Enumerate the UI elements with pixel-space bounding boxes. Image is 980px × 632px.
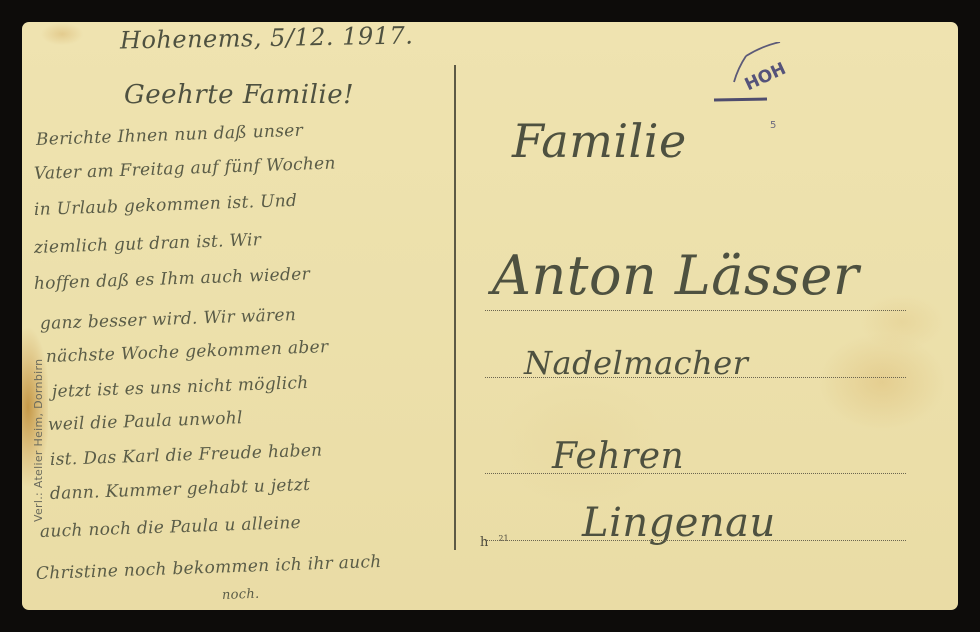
message-line: ganz besser wird. Wir wären xyxy=(40,305,297,334)
publisher-imprint: Verl.: Atelier Heim, Dornbirn xyxy=(32,359,45,522)
address-line-locality: Fehren xyxy=(552,436,684,477)
message-line: nächste Woche gekommen aber xyxy=(46,337,329,367)
message-line: ist. Das Karl die Freude haben xyxy=(50,440,323,469)
address-dotted-line xyxy=(485,310,906,311)
message-line: Christine noch bekommen ich ihr auch xyxy=(36,552,382,584)
salutation: Geehrte Familie! xyxy=(124,80,354,110)
message-line: in Urlaub gekommen ist. Und xyxy=(34,191,298,220)
divider-line xyxy=(454,65,456,550)
print-code-number: 21 xyxy=(498,534,508,543)
address-dotted-line xyxy=(485,540,906,541)
message-line: dann. Kummer gehabt u jetzt xyxy=(50,475,311,504)
message-line: jetzt ist es uns nicht möglich xyxy=(52,373,309,402)
postcard: Hohenems, 5/12. 1917. Geehrte Familie! B… xyxy=(22,22,958,610)
address-dotted-line xyxy=(485,377,906,378)
message-line: Berichte Ihnen nun daß unser xyxy=(36,121,304,150)
postmark-mark: 5 xyxy=(770,120,776,131)
message-line: hoffen daß es Ihm auch wieder xyxy=(34,264,311,294)
message-line: auch noch die Paula u alleine xyxy=(40,513,302,542)
address-dotted-line xyxy=(485,473,906,474)
print-code-letter: h xyxy=(480,535,488,550)
place-date: Hohenems, 5/12. 1917. xyxy=(120,22,414,55)
print-code: h21 xyxy=(480,534,509,550)
svg-text:HOH: HOH xyxy=(742,59,787,95)
address-line-name: Anton Lässer xyxy=(492,244,859,307)
message-line: weil die Paula unwohl xyxy=(48,408,243,435)
postmark-stamp-icon: HOH xyxy=(712,42,787,107)
message-line: ziemlich gut dran ist. Wir xyxy=(34,230,262,258)
address-line-family: Familie xyxy=(512,114,687,168)
message-line: noch. xyxy=(222,587,260,603)
message-line: Vater am Freitag auf fünf Wochen xyxy=(34,153,336,184)
